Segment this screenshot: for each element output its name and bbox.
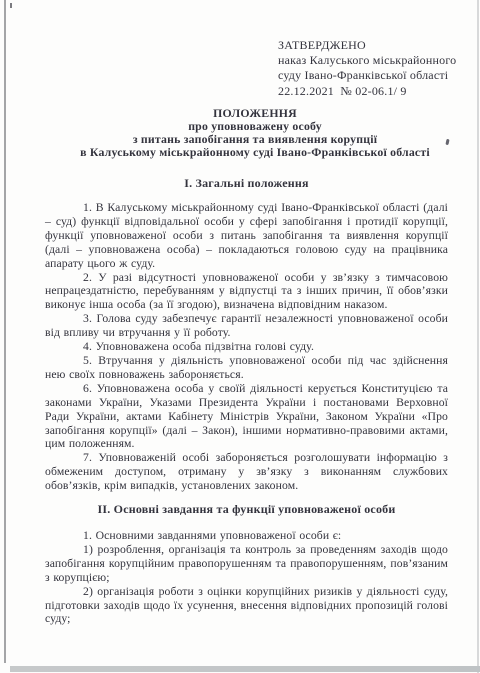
paragraph: 2) організація роботи з оцінки корупційн…: [45, 585, 448, 627]
approval-line: ЗАТВЕРДЖЕНО: [278, 38, 456, 53]
page-left-edge-line: [4, 0, 6, 663]
approval-line: суду Івано-Франківської області: [278, 68, 456, 83]
page-bottom-scan-shadow: [10, 666, 480, 672]
section-2-heading: ІІ. Основні завдання та функції уповнова…: [45, 502, 448, 517]
section-1-heading: І. Загальні положення: [45, 176, 448, 191]
approval-line: наказ Калуського міськрайонного: [278, 53, 456, 68]
page-right-edge-line: [477, 0, 479, 673]
section-1-paragraphs: 1. В Калуському міськрайонному суді Іван…: [45, 201, 448, 493]
section-2-paragraphs: 1. Основними завданнями уповноваженої ос…: [45, 529, 448, 626]
paragraph: 1. Основними завданнями уповноваженої ос…: [45, 529, 448, 543]
scan-artifact-speck: [10, 3, 12, 8]
paragraph: 1) розроблення, організація та контроль …: [45, 543, 448, 585]
paragraph: 4. Уповноважена особа підзвітна голові с…: [45, 340, 448, 354]
paragraph: 1. В Калуському міськрайонному суді Іван…: [45, 201, 448, 271]
scanned-document-page: ЗАТВЕРДЖЕНОнаказ Калуського міськрайонно…: [0, 0, 480, 673]
document-title: ПОЛОЖЕННЯпро уповноважену особуз питань …: [50, 107, 460, 159]
approval-stamp-block: ЗАТВЕРДЖЕНОнаказ Калуського міськрайонно…: [278, 38, 456, 99]
approval-line: 22.12.2021 № 02-06.1/ 9: [278, 84, 456, 99]
paragraph: 3. Голова суду забезпечує гарантії незал…: [45, 312, 448, 340]
document-title-line: в Калуському міськрайонному суді Івано-Ф…: [50, 146, 460, 159]
paragraph: 5. Втручання у діяльність уповноваженої …: [45, 354, 448, 382]
paragraph: 2. У разі відсутності уповноваженої особ…: [45, 271, 448, 313]
document-body: І. Загальні положення 1. В Калуському мі…: [45, 176, 448, 626]
paragraph: 7. Уповноваженій особі забороняється роз…: [45, 451, 448, 493]
paragraph: 6. Уповноважена особа у своїй діяльності…: [45, 382, 448, 452]
